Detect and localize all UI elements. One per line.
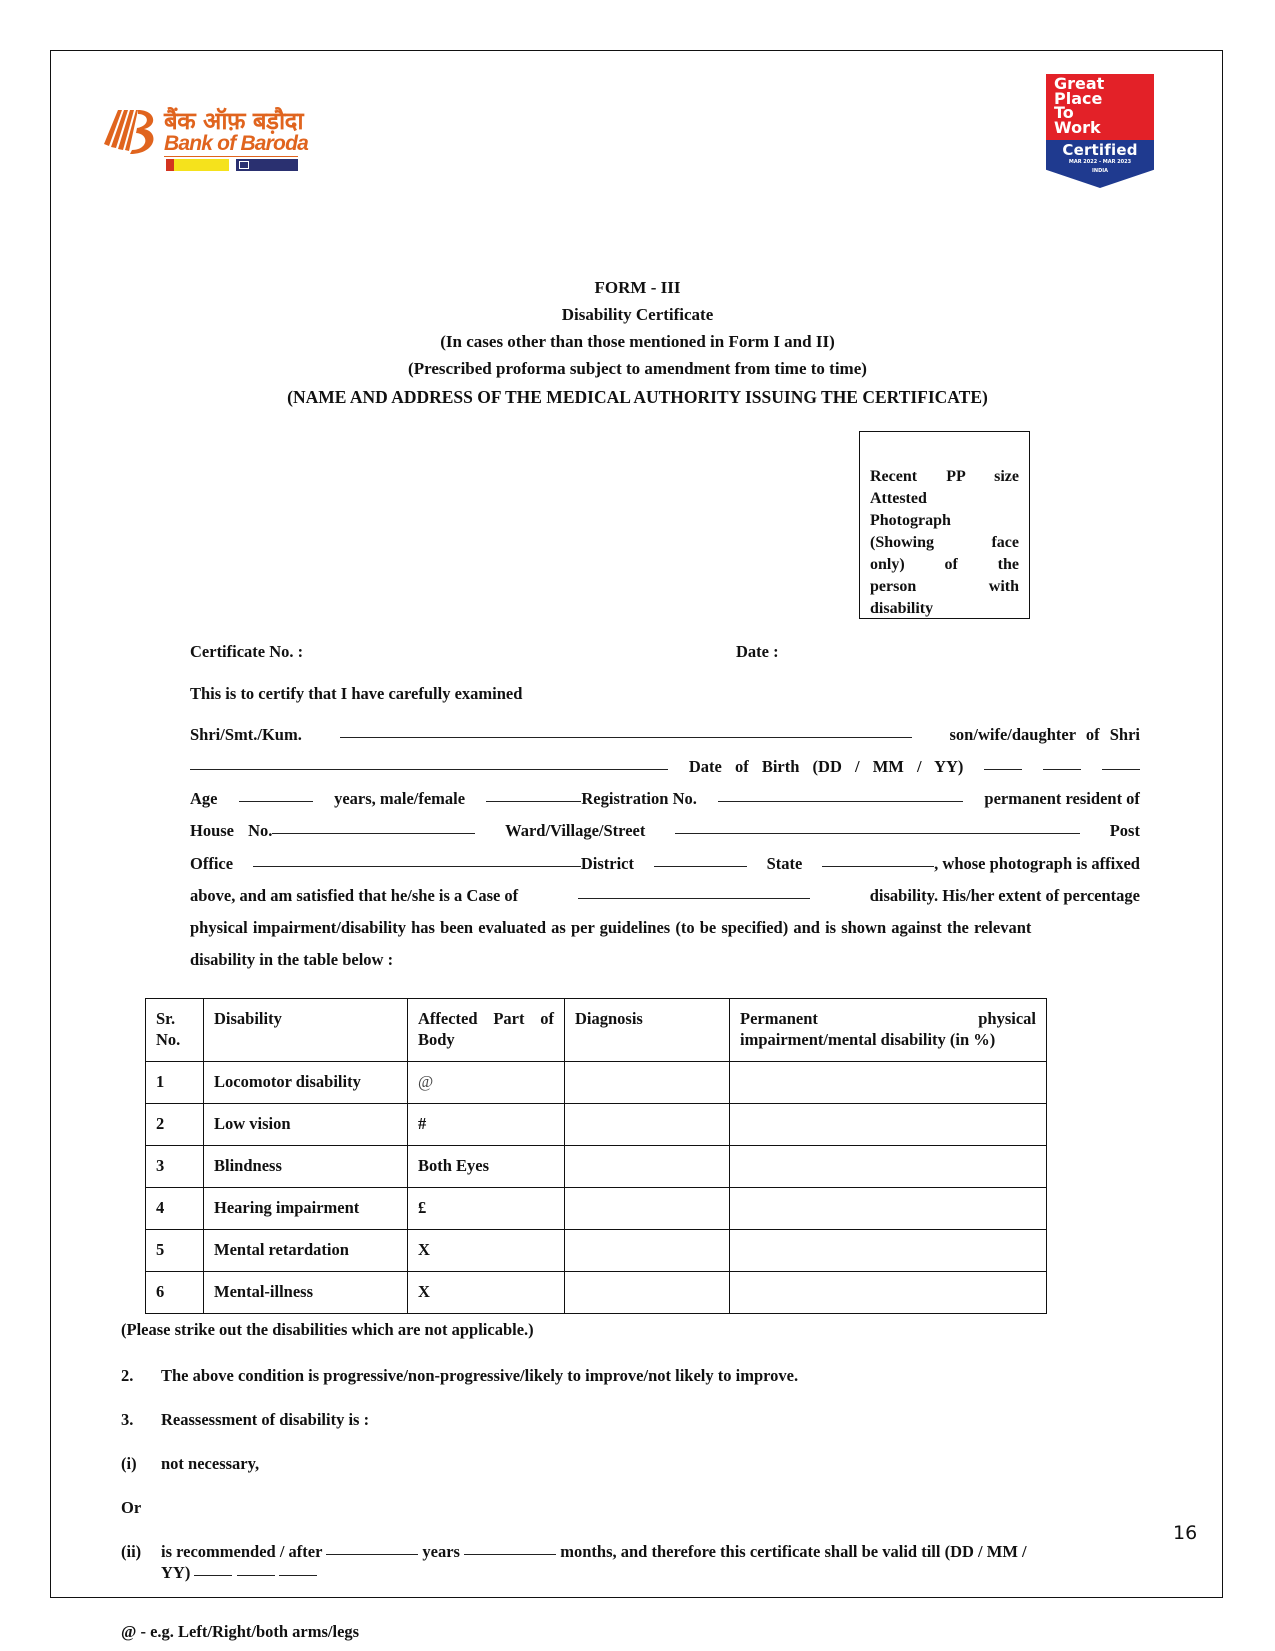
item-number: (ii) <box>121 1542 161 1562</box>
cell-sr: 3 <box>146 1146 204 1188</box>
dob-dd-field[interactable] <box>984 768 1022 770</box>
dob-yy-field[interactable] <box>1102 768 1140 770</box>
cell-sr: 6 <box>146 1272 204 1314</box>
cell-disability: Low vision <box>204 1104 408 1146</box>
cell-affected: # <box>408 1104 565 1146</box>
cell-percent[interactable] <box>730 1104 1047 1146</box>
certificate-number-label: Certificate No. : <box>190 642 303 662</box>
bank-name-english: Bank of Baroda <box>164 132 308 156</box>
item-number: 2. <box>121 1366 161 1386</box>
header-sr-no: Sr.No. <box>146 999 204 1062</box>
logo-strip-yellow <box>174 159 229 171</box>
option-not-necessary: (i)not necessary, <box>121 1454 259 1474</box>
document-title: Disability Certificate <box>0 305 1275 325</box>
page-number: 16 <box>1173 1522 1197 1544</box>
ward-label: Ward/Village/Street <box>505 821 645 841</box>
cell-affected: X <box>408 1230 565 1272</box>
dob-mm-field[interactable] <box>1043 768 1081 770</box>
photo-box-text: person with <box>870 576 1019 598</box>
gender-label: years, male/female <box>334 789 465 809</box>
table-header-row: Sr.No. Disability AffectedPartof Body Di… <box>146 999 1047 1062</box>
yy-label: YY) <box>161 1563 190 1582</box>
gptw-line: Work <box>1054 121 1154 136</box>
cell-diagnosis[interactable] <box>565 1104 730 1146</box>
cell-diagnosis[interactable] <box>565 1146 730 1188</box>
years-label: years <box>422 1542 460 1561</box>
photograph-box[interactable]: Recent PP size Attested Photograph (Show… <box>859 431 1030 619</box>
valid-mm-field[interactable] <box>237 1574 275 1576</box>
para-line-1: Shri/Smt./Kum. son/wife/daughter of Shri <box>190 725 1140 745</box>
cell-percent[interactable] <box>730 1272 1047 1314</box>
post-label: Post <box>1110 821 1140 841</box>
cell-sr: 2 <box>146 1104 204 1146</box>
valid-till-text: months, and therefore this certificate s… <box>560 1542 1026 1561</box>
photo-box-text: Photograph <box>870 510 1019 532</box>
cell-sr: 4 <box>146 1188 204 1230</box>
item-number: (i) <box>121 1454 161 1474</box>
valid-yy-field[interactable] <box>279 1574 317 1576</box>
photo-box-text: only) of the <box>870 554 1019 576</box>
gender-field[interactable] <box>486 800 581 802</box>
logo-underline <box>164 156 298 157</box>
bank-of-baroda-logo: बैंक ऑफ़ बड़ौदा Bank of Baroda <box>100 104 300 176</box>
cell-disability: Locomotor disability <box>204 1062 408 1104</box>
table-row: 4 Hearing impairment £ <box>146 1188 1047 1230</box>
district-label: District <box>581 854 634 874</box>
parent-name-field[interactable] <box>190 768 668 770</box>
subtitle-cases: (In cases other than those mentioned in … <box>0 332 1275 352</box>
photo-box-text: Recent PP size <box>870 466 1019 488</box>
header-permanent-impairment: Permanentphysical impairment/mental disa… <box>730 999 1047 1062</box>
photo-box-text: disability <box>870 598 1019 620</box>
cell-disability: Blindness <box>204 1146 408 1188</box>
state-field[interactable] <box>822 865 934 867</box>
bob-rays-icon <box>100 104 160 156</box>
cell-affected: X <box>408 1272 565 1314</box>
disability-type-field[interactable] <box>578 897 810 899</box>
cell-diagnosis[interactable] <box>565 1230 730 1272</box>
valid-dd-field[interactable] <box>194 1574 232 1576</box>
photo-affixed-text: , whose photograph is affixed <box>934 854 1140 874</box>
case-of-text: above, and am satisfied that he/she is a… <box>190 886 518 906</box>
cell-percent[interactable] <box>730 1062 1047 1104</box>
condition-item: 2.The above condition is progressive/non… <box>121 1366 798 1386</box>
header-diagnosis: Diagnosis <box>565 999 730 1062</box>
post-office-field[interactable] <box>253 865 581 867</box>
name-field[interactable] <box>340 736 912 738</box>
para-line-2: Date of Birth (DD / MM / YY) <box>190 757 1140 777</box>
age-label: Age <box>190 789 218 809</box>
resident-label: permanent resident of <box>984 789 1140 809</box>
valid-till-date: YY) <box>161 1563 317 1583</box>
para-line-3: Age years, male/female Registration No. … <box>190 789 1140 809</box>
cell-diagnosis[interactable] <box>565 1062 730 1104</box>
age-field[interactable] <box>239 800 313 802</box>
para-line-7: physical impairment/disability has been … <box>190 918 1140 938</box>
cell-affected: £ <box>408 1188 565 1230</box>
table-intro: disability in the table below : <box>190 950 393 970</box>
para-line-4: House No. Ward/Village/Street Post <box>190 821 1140 841</box>
cell-percent[interactable] <box>730 1230 1047 1272</box>
header-disability: Disability <box>204 999 408 1062</box>
photo-box-text: Attested <box>870 488 1019 510</box>
subtitle-proforma: (Prescribed proforma subject to amendmen… <box>0 359 1275 379</box>
table-row: 3 Blindness Both Eyes <box>146 1146 1047 1188</box>
table-row: 6 Mental-illness X <box>146 1272 1047 1314</box>
or-label: Or <box>121 1498 141 1518</box>
ward-field[interactable] <box>675 832 1080 834</box>
reassessment-text: Reassessment of disability is : <box>161 1410 369 1429</box>
option-recommended: (ii)is recommended / after years months,… <box>121 1542 1027 1562</box>
cell-diagnosis[interactable] <box>565 1188 730 1230</box>
gptw-certified-banner: Certified MAR 2022 - MAR 2023 INDIA <box>1046 140 1154 188</box>
extent-text: disability. His/her extent of percentage <box>870 886 1140 906</box>
registration-label: Registration No. <box>581 789 696 809</box>
house-no-field[interactable] <box>272 832 475 834</box>
cell-disability: Mental retardation <box>204 1230 408 1272</box>
relation-label: son/wife/daughter of Shri <box>950 725 1140 745</box>
district-field[interactable] <box>654 865 747 867</box>
disability-table: Sr.No. Disability AffectedPartof Body Di… <box>145 998 1047 1314</box>
cell-affected: @ <box>408 1062 565 1104</box>
strike-out-note: (Please strike out the disabilities whic… <box>121 1320 534 1340</box>
issuing-authority-heading: (NAME AND ADDRESS OF THE MEDICAL AUTHORI… <box>0 387 1275 407</box>
photo-box-text: (Showing face <box>870 532 1019 554</box>
gptw-title: Great Place To Work <box>1046 74 1154 140</box>
great-place-to-work-badge: Great Place To Work Certified MAR 2022 -… <box>1046 74 1154 188</box>
card-icon <box>239 161 249 169</box>
recommended-text: is recommended / after <box>161 1542 322 1561</box>
date-label: Date : <box>736 642 779 662</box>
cell-disability: Mental-illness <box>204 1272 408 1314</box>
logo-strip-red <box>166 159 174 171</box>
gptw-dates: MAR 2022 - MAR 2023 <box>1046 159 1154 165</box>
footnote: @ - e.g. Left/Right/both arms/legs <box>121 1622 359 1642</box>
cell-disability: Hearing impairment <box>204 1188 408 1230</box>
cell-affected: Both Eyes <box>408 1146 565 1188</box>
table-row: 5 Mental retardation X <box>146 1230 1047 1272</box>
cell-diagnosis[interactable] <box>565 1272 730 1314</box>
not-necessary-text: not necessary, <box>161 1454 259 1473</box>
reassessment-item: 3.Reassessment of disability is : <box>121 1410 369 1430</box>
gptw-certified: Certified <box>1046 141 1154 159</box>
dob-label: Date of Birth (DD / MM / YY) <box>689 757 964 777</box>
condition-text: The above condition is progressive/non-p… <box>161 1366 798 1385</box>
evaluation-text: physical impairment/disability has been … <box>190 918 1031 938</box>
gptw-country: INDIA <box>1046 168 1154 174</box>
table-row: 2 Low vision # <box>146 1104 1047 1146</box>
office-label: Office <box>190 854 233 874</box>
logo-strip-blue <box>236 159 298 171</box>
form-number: FORM - III <box>0 278 1275 298</box>
reassess-months-field[interactable] <box>464 1553 556 1555</box>
certify-intro: This is to certify that I have carefully… <box>190 684 522 704</box>
registration-field[interactable] <box>718 800 963 802</box>
cell-percent[interactable] <box>730 1146 1047 1188</box>
item-number: 3. <box>121 1410 161 1430</box>
cell-sr: 1 <box>146 1062 204 1104</box>
house-no-label: House No. <box>190 821 272 841</box>
name-prefix-label: Shri/Smt./Kum. <box>190 725 302 745</box>
reassess-years-field[interactable] <box>326 1553 418 1555</box>
header-affected-part: AffectedPartof Body <box>408 999 565 1062</box>
state-label: State <box>767 854 803 874</box>
cell-percent[interactable] <box>730 1188 1047 1230</box>
para-line-5: Office District State , whose photograph… <box>190 854 1140 874</box>
para-line-6: above, and am satisfied that he/she is a… <box>190 886 1140 906</box>
cell-sr: 5 <box>146 1230 204 1272</box>
table-row: 1 Locomotor disability @ <box>146 1062 1047 1104</box>
